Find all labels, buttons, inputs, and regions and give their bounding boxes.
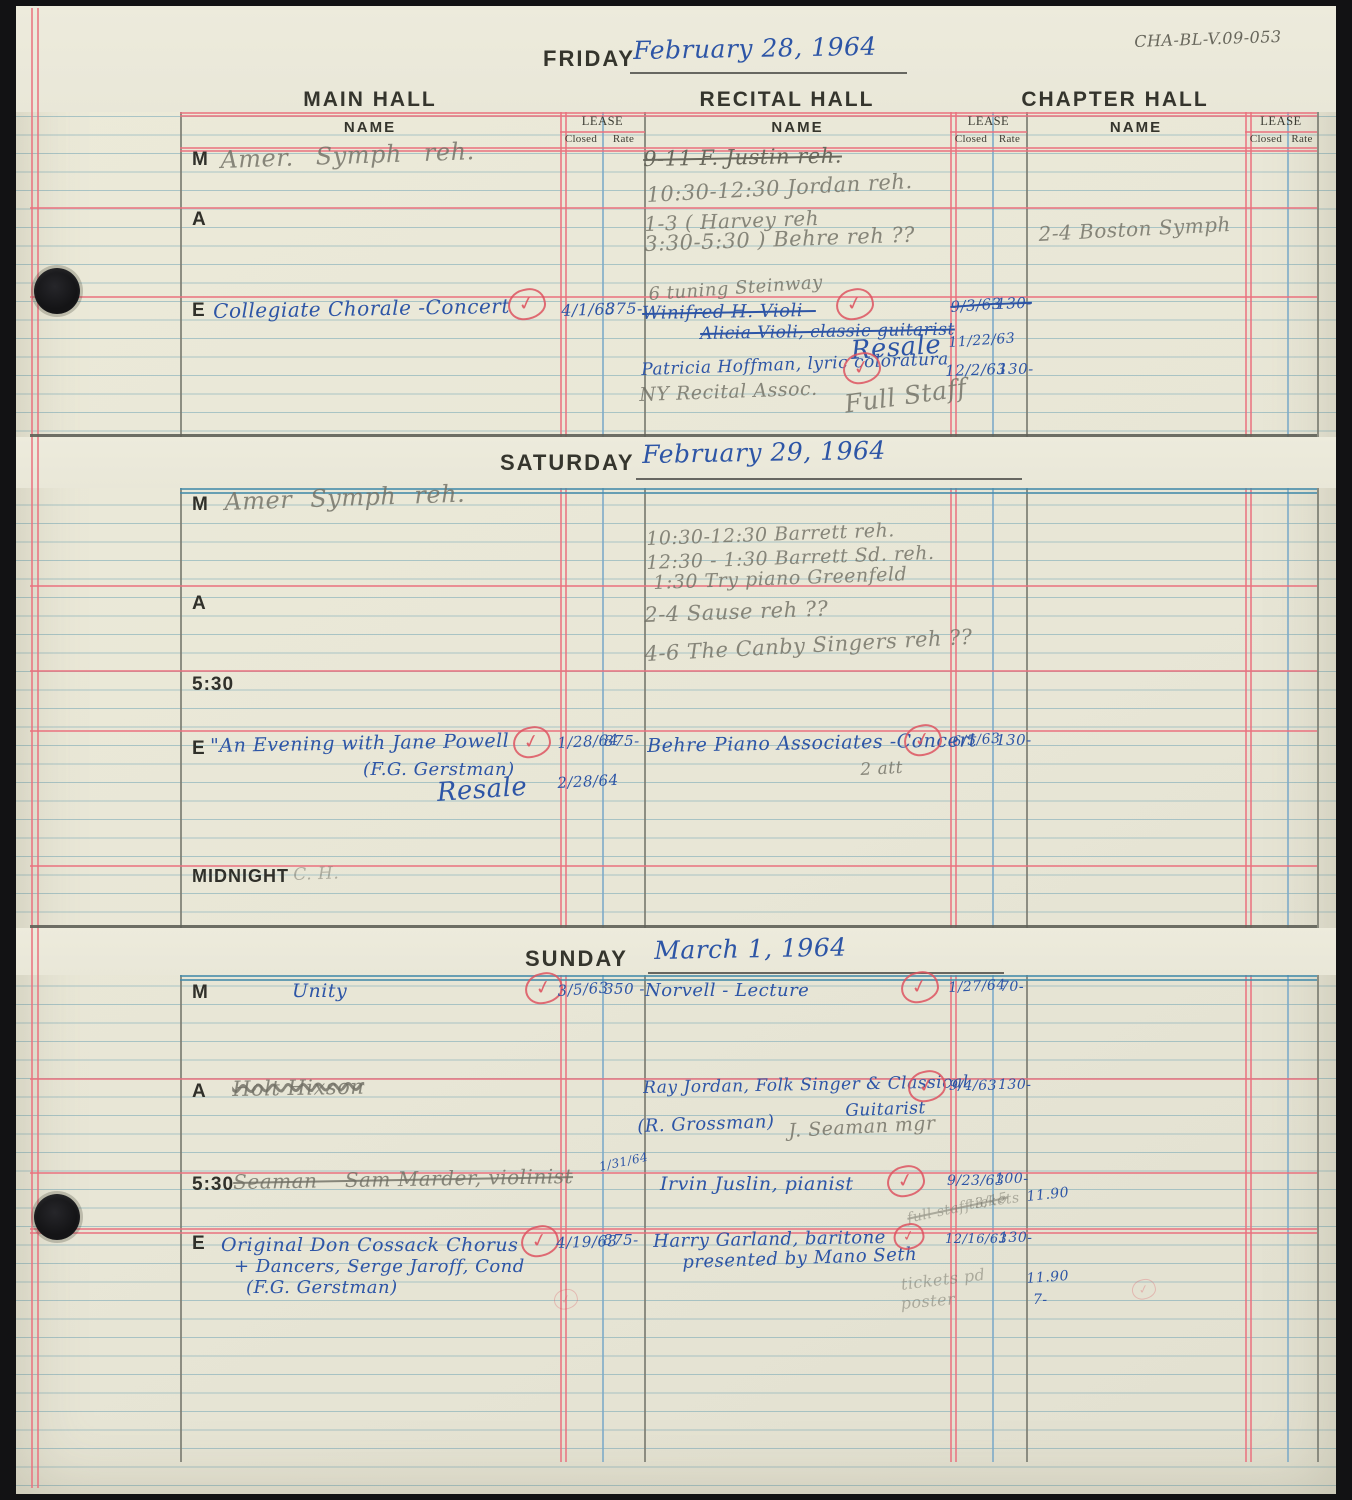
sunday-row-a: A [192, 1081, 207, 1103]
sun-recital-e-amount-1: 11.90 [1026, 1269, 1070, 1287]
fri-recital-e-rate-1: 130- [996, 296, 1032, 313]
saturday-date-underline [636, 478, 1022, 480]
sun-main-m-rate: 350 - [604, 982, 645, 998]
main-closed-header: Closed [560, 133, 602, 145]
fri-recital-e-entry-1: Winifred H. Violi - [642, 302, 816, 324]
grid-line [30, 1228, 1317, 1230]
grid-line [30, 207, 1317, 209]
sun-main-e-entry-1: Original Don Cossack Chorus [221, 1236, 518, 1256]
saturday-row-m: M [192, 494, 209, 516]
grid-line [30, 925, 1317, 928]
grid-line [180, 975, 1317, 977]
sun-recital-m-entry: Norvell - Lecture [645, 982, 809, 1001]
recital-rate-header: Rate [992, 133, 1027, 145]
grid-line [1250, 488, 1252, 928]
sun-main-e-entry-2: + Dancers, Serge Jaroff, Cond [234, 1258, 525, 1277]
grid-line [1245, 975, 1247, 1462]
punch-hole-top [34, 268, 80, 314]
sunday-row-530: 5:30 [192, 1174, 234, 1196]
grid-line [1317, 112, 1319, 437]
grid-line [1245, 112, 1247, 437]
grid-line [1317, 975, 1319, 1462]
sun-recital-m-rate: 70- [1000, 980, 1024, 995]
grid-line [1317, 488, 1319, 928]
sat-main-e-resale-date: 2/28/64 [557, 773, 619, 792]
grid-line [1250, 112, 1252, 437]
grid-line [1287, 975, 1289, 1462]
friday-date: February 28, 1964 [633, 34, 877, 64]
saturday-day-label: SATURDAY [500, 450, 635, 476]
sun-main-a-entry: Holt Hixson [232, 1076, 364, 1100]
grid-line [180, 488, 182, 928]
recital-hall-title: RECITAL HALL [672, 88, 902, 112]
chapter-name-header: NAME [1027, 119, 1245, 136]
chapter-rate-header: Rate [1287, 133, 1317, 145]
grid-line [1245, 488, 1247, 928]
sun-recital-e-rate: 130- [999, 1231, 1032, 1246]
friday-date-underline [630, 72, 907, 74]
grid-line [30, 730, 1317, 732]
grid-line [602, 488, 604, 928]
fri-main-e-entry: Collegiate Chorale -Concert [213, 296, 510, 322]
sat-recital-e-note: 2 att [860, 760, 903, 780]
main-rate-header: Rate [602, 133, 645, 145]
friday-row-m: M [192, 149, 209, 171]
saturday-row-530: 5:30 [192, 674, 234, 696]
grid-line [950, 975, 952, 1462]
sun-main-e-rate: 875- [603, 1233, 639, 1249]
grid-line [955, 488, 957, 928]
sun-recital-530-entry: Irvin Juslin, pianist [660, 1175, 854, 1195]
sunday-row-e: E [192, 1233, 206, 1255]
chapter-lease-header: LEASE [1245, 114, 1317, 129]
sunday-day-label: SUNDAY [525, 946, 628, 972]
sun-recital-a-rate: 130- [998, 1078, 1031, 1093]
main-lease-header: LEASE [560, 114, 645, 129]
friday-day-label: FRIDAY [543, 46, 635, 72]
sun-main-m-closed: 3/5/63 [557, 980, 609, 999]
sun-recital-e-amount-2: 7- [1033, 1293, 1048, 1308]
grid-line [1026, 112, 1028, 437]
punch-hole-bottom [34, 1194, 80, 1240]
grid-line [992, 975, 994, 1462]
grid-line [1287, 488, 1289, 928]
grid-line [560, 975, 562, 1462]
grid-line [565, 112, 567, 437]
grid-line [602, 975, 604, 1462]
grid-line [1250, 975, 1252, 1462]
main-name-header: NAME [180, 119, 560, 136]
grid-line [30, 670, 1317, 672]
sun-recital-a-closed: 9/4/63 [949, 1079, 997, 1094]
grid-line [180, 115, 1317, 117]
fri-recital-m-entry-1: 9-11 F. Justin reh. [643, 145, 842, 171]
grid-line [37, 8, 39, 1488]
grid-line [565, 488, 567, 928]
grid-line [992, 488, 994, 928]
recital-name-header: NAME [645, 119, 950, 136]
ledger-page-scan: MAIN HALL RECITAL HALL CHAPTER HALL NAME… [0, 0, 1352, 1500]
fri-recital-e-closed-1: 9/3/63 [950, 296, 1002, 315]
sun-main-m-entry: Unity [292, 982, 347, 1002]
grid-line [180, 112, 1317, 114]
grid-line [180, 112, 182, 437]
sunday-row-m: M [192, 982, 209, 1004]
recital-closed-header: Closed [950, 133, 992, 145]
grid-line [644, 975, 646, 1462]
saturday-row-midnight: MIDNIGHT [192, 866, 289, 887]
grid-line [560, 488, 562, 928]
main-hall-title: MAIN HALL [255, 88, 485, 112]
grid-line [950, 488, 952, 928]
fri-main-e-rate: 875- [605, 301, 643, 318]
saturday-row-e: E [192, 738, 206, 760]
sat-main-e-rate: 875- [604, 734, 640, 750]
grid-line [1287, 112, 1289, 437]
sat-midnight-note: C. H. [293, 865, 340, 884]
sat-recital-e-closed: 6/5/63 [952, 732, 1001, 750]
grid-line [565, 975, 567, 1462]
grid-line [31, 8, 33, 1488]
grid-line [992, 112, 994, 437]
sat-recital-e-rate: 130- [996, 733, 1032, 749]
grid-line [955, 975, 957, 1462]
sun-recital-530-rate: 100- [995, 1172, 1028, 1187]
saturday-row-a: A [192, 593, 207, 615]
sat-main-e-resale: Resale [436, 774, 528, 808]
sun-recital-m-closed: 1/27/64 [948, 978, 1006, 996]
sunday-date: March 1, 1964 [654, 935, 847, 965]
sun-main-e-entry-3: (F.G. Gerstman) [246, 1279, 398, 1298]
grid-line [602, 112, 604, 437]
friday-row-a: A [192, 209, 207, 231]
sunday-date-underline [648, 972, 1004, 974]
saturday-date: February 29, 1964 [642, 438, 886, 468]
grid-line [560, 112, 562, 437]
fri-recital-e-rate-2: 130- [998, 362, 1034, 378]
recital-lease-header: LEASE [950, 114, 1027, 129]
grid-line [1026, 975, 1028, 1462]
sun-main-530-entry: Seaman Sam Marder, violinist [233, 1166, 573, 1193]
grid-line [1026, 488, 1028, 928]
chapter-closed-header: Closed [1245, 133, 1287, 145]
grid-line [180, 975, 182, 1462]
chapter-hall-title: CHAPTER HALL [1000, 88, 1230, 112]
grid-line [30, 434, 1317, 437]
friday-row-e: E [192, 300, 206, 322]
